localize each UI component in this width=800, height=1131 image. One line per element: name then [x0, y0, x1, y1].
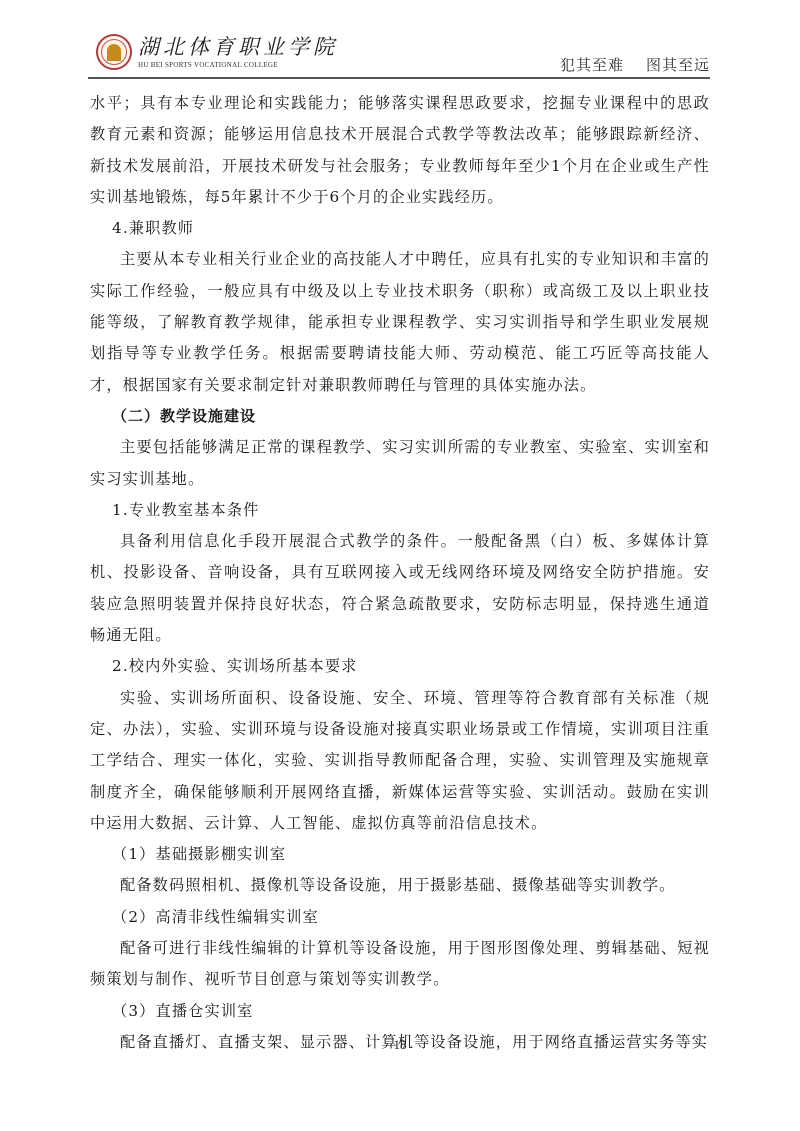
- paragraph: 实验、实训场所面积、设备设施、安全、环境、管理等符合教育部有关标准（规定、办法）…: [90, 683, 710, 839]
- subheading-classroom-conditions: 1.专业教室基本条件: [90, 495, 710, 526]
- subheading-part-time-teachers: 4.兼职教师: [90, 213, 710, 244]
- motto-part-2: 图其至远: [646, 56, 710, 74]
- paragraph: 配备数码照相机、摄像机等设备设施，用于摄影基础、摄像基础等实训教学。: [90, 870, 710, 901]
- subheading-live-streaming-lab: （3）直播仓实训室: [90, 996, 710, 1027]
- document-body: 水平；具有本专业理论和实践能力；能够落实课程思政要求，挖掘专业课程中的思政教育元…: [90, 88, 710, 1058]
- motto-part-1: 犯其至难: [560, 56, 624, 74]
- paragraph: 具备利用信息化手段开展混合式教学的条件。一般配备黑（白）板、多媒体计算机、投影设…: [90, 526, 710, 651]
- paragraph: 主要从本专业相关行业企业的高技能人才中聘任，应具有扎实的专业知识和丰富的实际工作…: [90, 244, 710, 400]
- section-heading-teaching-facilities: （二）教学设施建设: [90, 401, 710, 432]
- page-number: 18: [0, 1037, 800, 1053]
- school-seal-icon: [96, 34, 132, 70]
- college-logo: 湖北体育职业学院 HU BEI SPORTS VOCATIONAL COLLEG…: [96, 34, 338, 70]
- college-name: 湖北体育职业学院 HU BEI SPORTS VOCATIONAL COLLEG…: [138, 35, 338, 70]
- paragraph: 主要包括能够满足正常的课程教学、实习实训所需的专业教室、实验室、实训室和实习实训…: [90, 432, 710, 495]
- college-name-cn: 湖北体育职业学院: [138, 35, 338, 59]
- subheading-photography-studio: （1）基础摄影棚实训室: [90, 839, 710, 870]
- college-name-en: HU BEI SPORTS VOCATIONAL COLLEGE: [138, 60, 338, 70]
- header-divider: [88, 77, 710, 79]
- paragraph-continued: 水平；具有本专业理论和实践能力；能够落实课程思政要求，挖掘专业课程中的思政教育元…: [90, 88, 710, 213]
- subheading-training-sites: 2.校内外实验、实训场所基本要求: [90, 651, 710, 682]
- subheading-nonlinear-editing-lab: （2）高清非线性编辑实训室: [90, 902, 710, 933]
- building-icon: [107, 44, 121, 61]
- seal-inner-ring: [101, 39, 127, 65]
- header-motto: 犯其至难图其至远: [560, 54, 710, 75]
- page-header: 湖北体育职业学院 HU BEI SPORTS VOCATIONAL COLLEG…: [88, 30, 710, 78]
- paragraph: 配备可进行非线性编辑的计算机等设备设施，用于图形图像处理、剪辑基础、短视频策划与…: [90, 933, 710, 996]
